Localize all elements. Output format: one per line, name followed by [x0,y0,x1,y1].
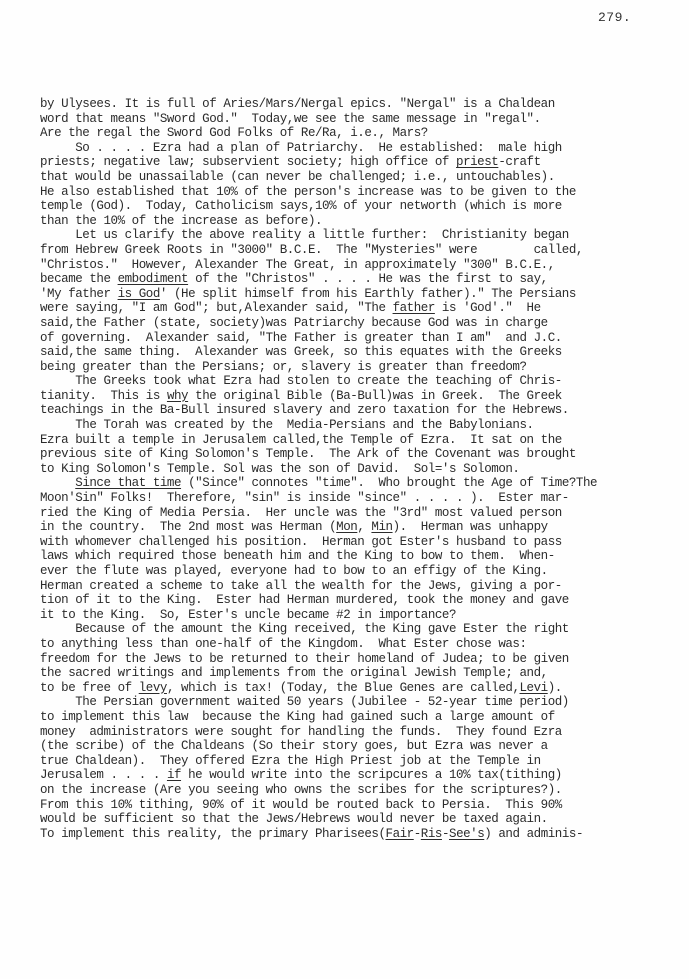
text-segment: Jerusalem . . . . [40,768,167,782]
text-segment: Are the regal the Sword God Folks of Re/… [40,126,428,140]
text-line: in the country. The 2nd most was Herman … [40,520,680,535]
text-line: Let us clarify the above reality a littl… [40,228,680,243]
text-segment: To implement this reality, the primary P… [40,827,386,841]
text-segment: the sacred writings and implements from … [40,666,548,680]
text-segment: ). [548,681,562,695]
text-line: ried the King of Media Persia. Her uncle… [40,506,680,521]
text-segment: would be sufficient so that the Jews/Heb… [40,812,548,826]
text-segment: Herman created a scheme to take all the … [40,579,562,593]
text-line: to implement this law because the King h… [40,710,680,725]
text-segment: - [442,827,449,841]
text-segment: From this 10% tithing, 90% of it would b… [40,798,562,812]
underlined-text: Since that time [75,476,181,490]
text-line: To implement this reality, the primary P… [40,827,680,842]
text-line: said,the Father (state, society)was Patr… [40,316,680,331]
underlined-text: Ris [421,827,442,841]
text-segment: said,the same thing. Alexander was Greek… [40,345,562,359]
text-segment: - [414,827,421,841]
text-segment: by Ulysees. It is full of Aries/Mars/Ner… [40,97,555,111]
text-line: From this 10% tithing, 90% of it would b… [40,798,680,813]
text-segment: is 'God'." He [435,301,541,315]
text-segment: to implement this law because the King h… [40,710,555,724]
text-line: Jerusalem . . . . if he would write into… [40,768,680,783]
text-segment: He also established that 10% of the pers… [40,185,576,199]
text-segment: became the [40,272,118,286]
text-line: previous site of King Solomon's Temple. … [40,447,680,462]
text-segment: priests; negative law; subservient socie… [40,155,456,169]
text-segment: with whomever challenged his position. H… [40,535,562,549]
text-line: of governing. Alexander said, "The Fathe… [40,331,680,346]
text-segment: of governing. Alexander said, "The Fathe… [40,331,562,345]
text-segment: temple (God). Today, Catholicism says,10… [40,199,562,213]
text-line: Because of the amount the King received,… [40,622,680,637]
text-line: Since that time ("Since" connotes "time"… [40,476,680,491]
text-segment: Ezra built a temple in Jerusalem called,… [40,433,562,447]
text-segment: Because of the amount the King received,… [40,622,569,636]
text-segment: to King Solomon's Temple. Sol was the so… [40,462,519,476]
text-segment: being greater than the Persians; or, sla… [40,360,527,374]
text-segment [40,476,75,490]
text-segment: The Greeks took what Ezra had stolen to … [40,374,562,388]
text-segment: ever the flute was played, everyone had … [40,564,548,578]
text-line: temple (God). Today, Catholicism says,10… [40,199,680,214]
underlined-text: is God [118,287,160,301]
underlined-text: Min [371,520,392,534]
text-line: to King Solomon's Temple. Sol was the so… [40,462,680,477]
text-segment: money administrators were sought for han… [40,725,562,739]
text-segment: , which is tax! (Today, the Blue Genes a… [167,681,520,695]
text-segment: ) and adminis- [484,827,583,841]
text-line: So . . . . Ezra had a plan of Patriarchy… [40,141,680,156]
text-segment: the original Bible (Ba-Bull)was in Greek… [188,389,562,403]
text-segment: "Christos." However, Alexander The Great… [40,258,555,272]
text-segment: freedom for the Jews to be returned to t… [40,652,569,666]
text-line: laws which required those beneath him an… [40,549,680,564]
text-line: 'My father is God' (He split himself fro… [40,287,680,302]
text-segment: that would be unassailable (can never be… [40,170,555,184]
text-segment: to be free of [40,681,139,695]
text-segment: of the "Christos" . . . . He was the fir… [188,272,548,286]
underlined-text: Fair [386,827,414,841]
text-line: true Chaldean). They offered Ezra the Hi… [40,754,680,769]
text-segment: laws which required those beneath him an… [40,549,555,563]
text-segment: The Torah was created by the Media-Persi… [40,418,534,432]
text-line: on the increase (Are you seeing who owns… [40,783,680,798]
text-line: to be free of levy, which is tax! (Today… [40,681,680,696]
text-segment: it to the King. So, Ester's uncle became… [40,608,456,622]
text-segment: ("Since" connotes "time". Who brought th… [181,476,597,490]
text-line: the sacred writings and implements from … [40,666,680,681]
text-segment: Let us clarify the above reality a littl… [40,228,569,242]
document-page: 279. by Ulysees. It is full of Aries/Mar… [0,0,689,979]
text-line: "Christos." However, Alexander The Great… [40,258,680,273]
text-line: were saying, "I am God"; but,Alexander s… [40,301,680,316]
text-segment: were saying, "I am God"; but,Alexander s… [40,301,393,315]
text-segment: So . . . . Ezra had a plan of Patriarchy… [40,141,562,155]
text-line: The Persian government waited 50 years (… [40,695,680,710]
underlined-text: levy [139,681,167,695]
text-segment: ' (He split himself from his Earthly fat… [160,287,576,301]
text-segment: 'My father [40,287,118,301]
text-line: (the scribe) of the Chaldeans (So their … [40,739,680,754]
text-segment: tion of it to the King. Ester had Herman… [40,593,569,607]
text-line: ever the flute was played, everyone had … [40,564,680,579]
text-line: priests; negative law; subservient socie… [40,155,680,170]
underlined-text: Levi [520,681,548,695]
text-line: The Greeks took what Ezra had stolen to … [40,374,680,389]
text-segment: than the 10% of the increase as before). [40,214,322,228]
text-line: Are the regal the Sword God Folks of Re/… [40,126,680,141]
text-segment: tianity. This is [40,389,167,403]
underlined-text: why [167,389,188,403]
text-segment: to anything less than one-half of the Ki… [40,637,527,651]
text-line: teachings in the Ba-Bull insured slavery… [40,403,680,418]
text-segment: true Chaldean). They offered Ezra the Hi… [40,754,541,768]
text-segment: word that means "Sword God." Today,we se… [40,112,541,126]
text-line: word that means "Sword God." Today,we se… [40,112,680,127]
text-line: that would be unassailable (can never be… [40,170,680,185]
text-segment: , [357,520,371,534]
underlined-text: if [167,768,181,782]
text-segment: in the country. The 2nd most was Herman … [40,520,336,534]
text-line: money administrators were sought for han… [40,725,680,740]
text-segment: on the increase (Are you seeing who owns… [40,783,562,797]
text-line: being greater than the Persians; or, sla… [40,360,680,375]
text-line: by Ulysees. It is full of Aries/Mars/Ner… [40,97,680,112]
text-line: freedom for the Jews to be returned to t… [40,652,680,667]
underlined-text: father [393,301,435,315]
text-segment: (the scribe) of the Chaldeans (So their … [40,739,548,753]
text-segment: The Persian government waited 50 years (… [40,695,569,709]
underlined-text: priest [456,155,498,169]
text-segment: Moon'Sin" Folks! Therefore, "sin" is ins… [40,491,569,505]
text-line: said,the same thing. Alexander was Greek… [40,345,680,360]
text-segment: from Hebrew Greek Roots in "3000" B.C.E.… [40,243,583,257]
text-segment: said,the Father (state, society)was Patr… [40,316,548,330]
text-segment: he would write into the scripcures a 10%… [181,768,562,782]
text-line: The Torah was created by the Media-Persi… [40,418,680,433]
text-line: from Hebrew Greek Roots in "3000" B.C.E.… [40,243,680,258]
text-line: Herman created a scheme to take all the … [40,579,680,594]
text-line: He also established that 10% of the pers… [40,185,680,200]
body-text: by Ulysees. It is full of Aries/Mars/Ner… [40,97,680,841]
page-number: 279. [598,10,631,25]
underlined-text: See's [449,827,484,841]
text-line: Ezra built a temple in Jerusalem called,… [40,433,680,448]
text-line: became the embodiment of the "Christos" … [40,272,680,287]
text-segment: ried the King of Media Persia. Her uncle… [40,506,562,520]
text-line: tianity. This is why the original Bible … [40,389,680,404]
text-line: tion of it to the King. Ester had Herman… [40,593,680,608]
text-segment: teachings in the Ba-Bull insured slavery… [40,403,569,417]
text-line: would be sufficient so that the Jews/Heb… [40,812,680,827]
text-segment: previous site of King Solomon's Temple. … [40,447,576,461]
text-line: than the 10% of the increase as before). [40,214,680,229]
underlined-text: Mon [336,520,357,534]
text-line: with whomever challenged his position. H… [40,535,680,550]
text-segment: ). Herman was unhappy [393,520,548,534]
underlined-text: embodiment [118,272,189,286]
text-line: it to the King. So, Ester's uncle became… [40,608,680,623]
text-line: Moon'Sin" Folks! Therefore, "sin" is ins… [40,491,680,506]
text-line: to anything less than one-half of the Ki… [40,637,680,652]
text-segment: -craft [498,155,540,169]
